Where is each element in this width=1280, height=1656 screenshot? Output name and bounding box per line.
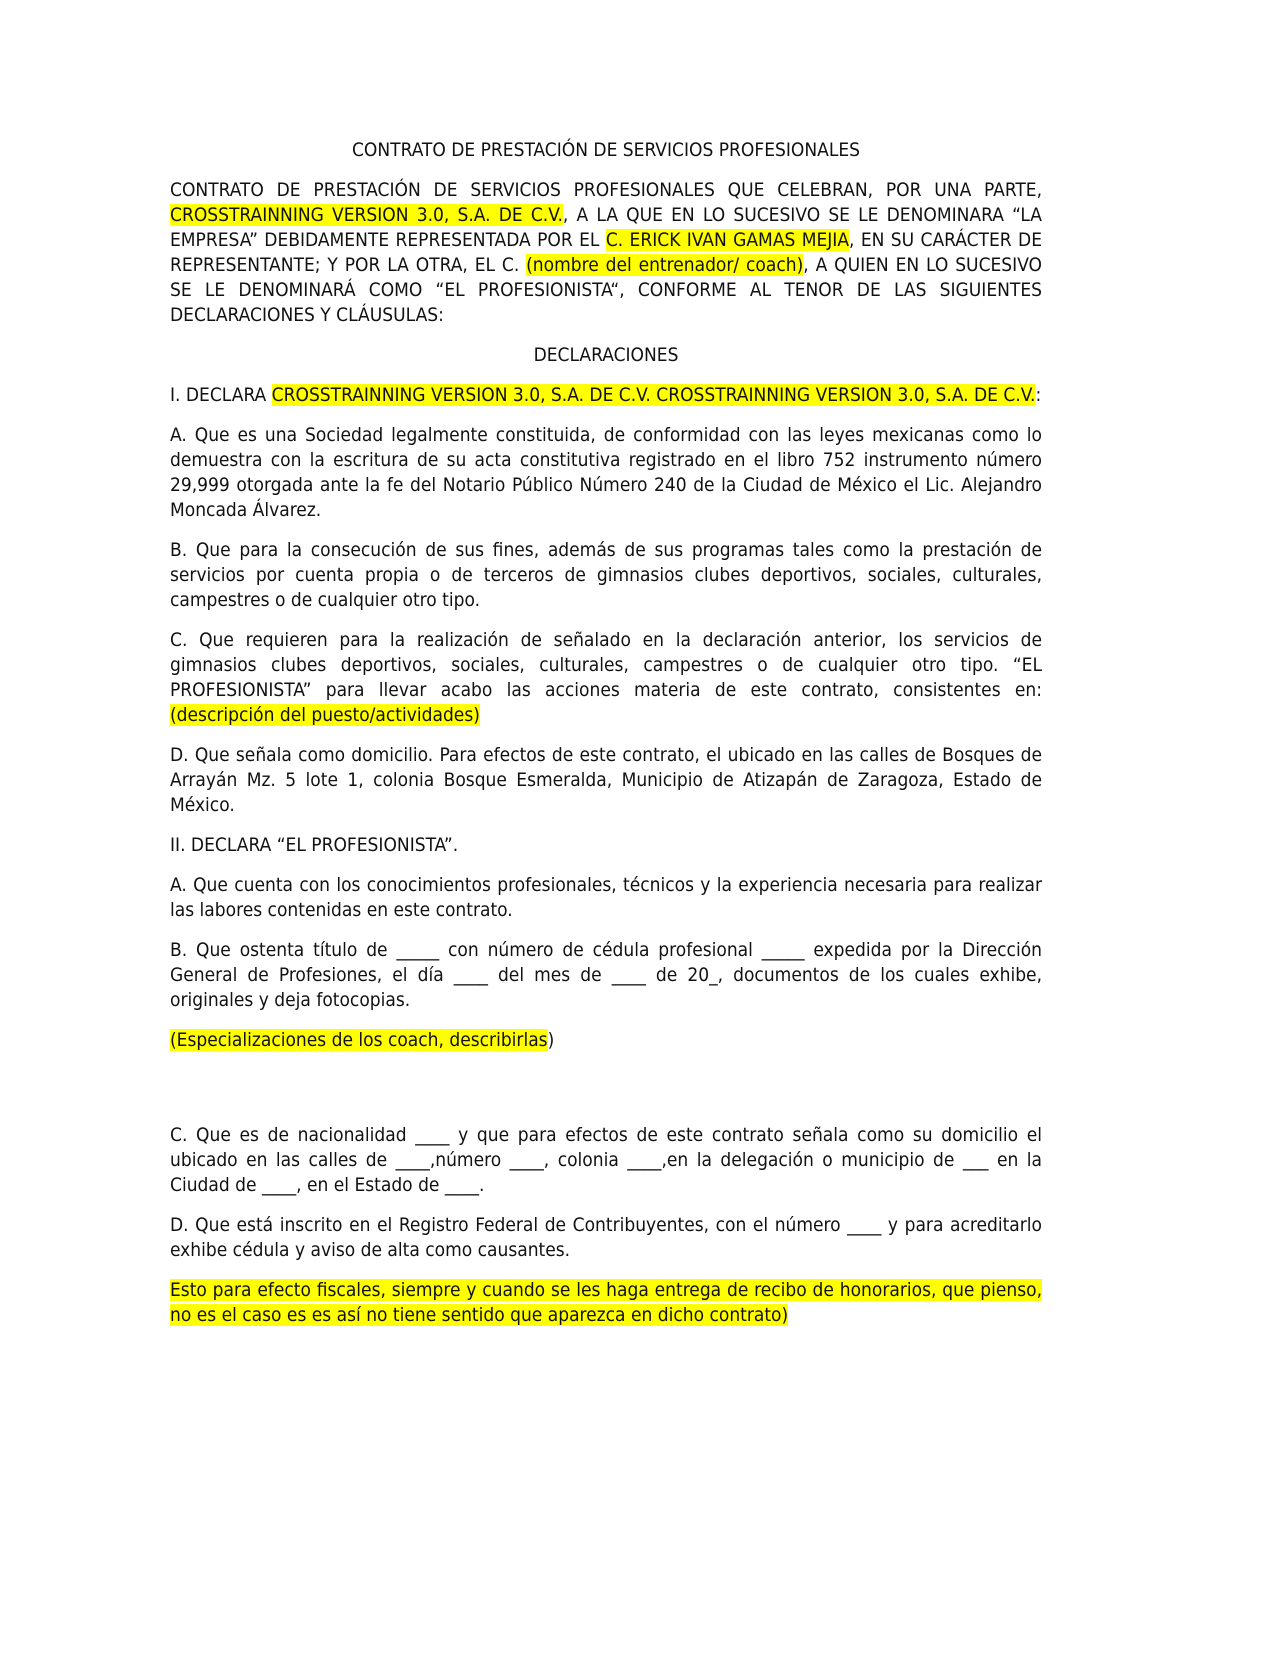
document-title: CONTRATO DE PRESTACIÓN DE SERVICIOS PROF… [170,138,1042,163]
intro-paragraph: CONTRATO DE PRESTACIÓN DE SERVICIOS PROF… [170,178,1042,328]
highlight-specializations: (Especializaciones de los coach, describ… [170,1029,548,1051]
section-1-colon: : [1035,384,1041,406]
highlight-representative-name: C. ERICK IVAN GAMAS MEJIA [606,229,849,251]
clause-2a: A. Que cuenta con los conocimientos prof… [170,873,1042,923]
declaraciones-heading: DECLARACIONES [170,343,1042,368]
intro-text-1: CONTRATO DE PRESTACIÓN DE SERVICIOS PROF… [170,179,1042,201]
clause-1c: C. Que requieren para la realización de … [170,628,1042,728]
section-1-heading: I. DECLARA CROSSTRAINNING VERSION 3.0, S… [170,383,1042,408]
fiscal-note: Esto para efecto fiscales, siempre y cua… [170,1278,1042,1328]
section-2-heading: II. DECLARA “EL PROFESIONISTA”. [170,833,1042,858]
highlight-fiscal-note: Esto para efecto fiscales, siempre y cua… [170,1279,1042,1326]
clause-1c-text: C. Que requieren para la realización de … [170,629,1042,701]
specializations-note: (Especializaciones de los coach, describ… [170,1028,1042,1053]
clause-1d: D. Que señala como domicilio. Para efect… [170,743,1042,818]
clause-2b: B. Que ostenta título de _____ con númer… [170,938,1042,1013]
clause-1a: A. Que es una Sociedad legalmente consti… [170,423,1042,523]
highlight-coach-placeholder: (nombre del entrenador/ coach) [526,254,803,276]
highlight-job-description: (descripción del puesto/actividades) [170,704,480,726]
document-page: CONTRATO DE PRESTACIÓN DE SERVICIOS PROF… [170,138,1042,1343]
clause-1b: B. Que para la consecución de sus fines,… [170,538,1042,613]
blank-space [170,1068,1042,1123]
section-1-label: I. DECLARA [170,384,272,406]
clause-2d: D. Que está inscrito en el Registro Fede… [170,1213,1042,1263]
clause-2c: C. Que es de nacionalidad ____ y que par… [170,1123,1042,1198]
highlight-company-repeated: CROSSTRAINNING VERSION 3.0, S.A. DE C.V.… [272,384,1036,406]
specializations-paren: ) [548,1029,555,1051]
highlight-company-name: CROSSTRAINNING VERSION 3.0, S.A. DE C.V. [170,204,563,226]
